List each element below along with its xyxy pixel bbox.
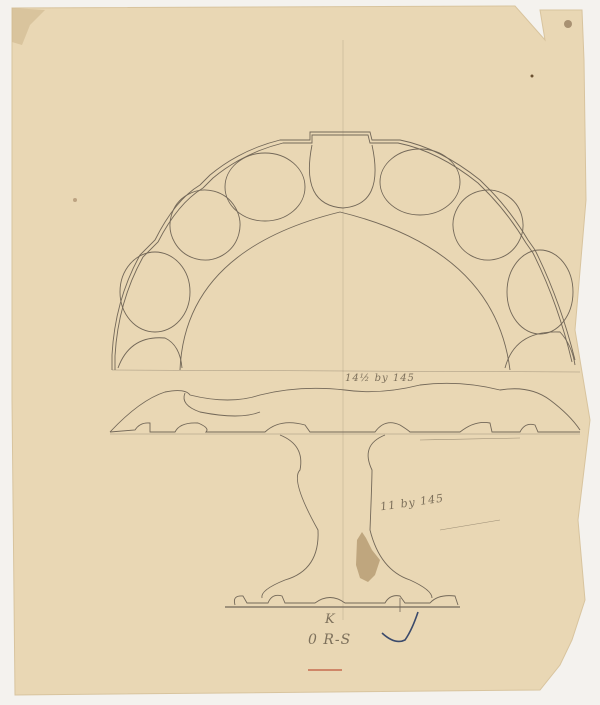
code-note: 0 R-S <box>308 632 351 648</box>
corner-stamp <box>564 20 572 28</box>
top-dimension-note: 14½ by 145 <box>345 373 415 384</box>
drawing-canvas <box>0 0 600 705</box>
paper-sheet <box>12 6 590 695</box>
mark-letter: K <box>325 612 336 627</box>
